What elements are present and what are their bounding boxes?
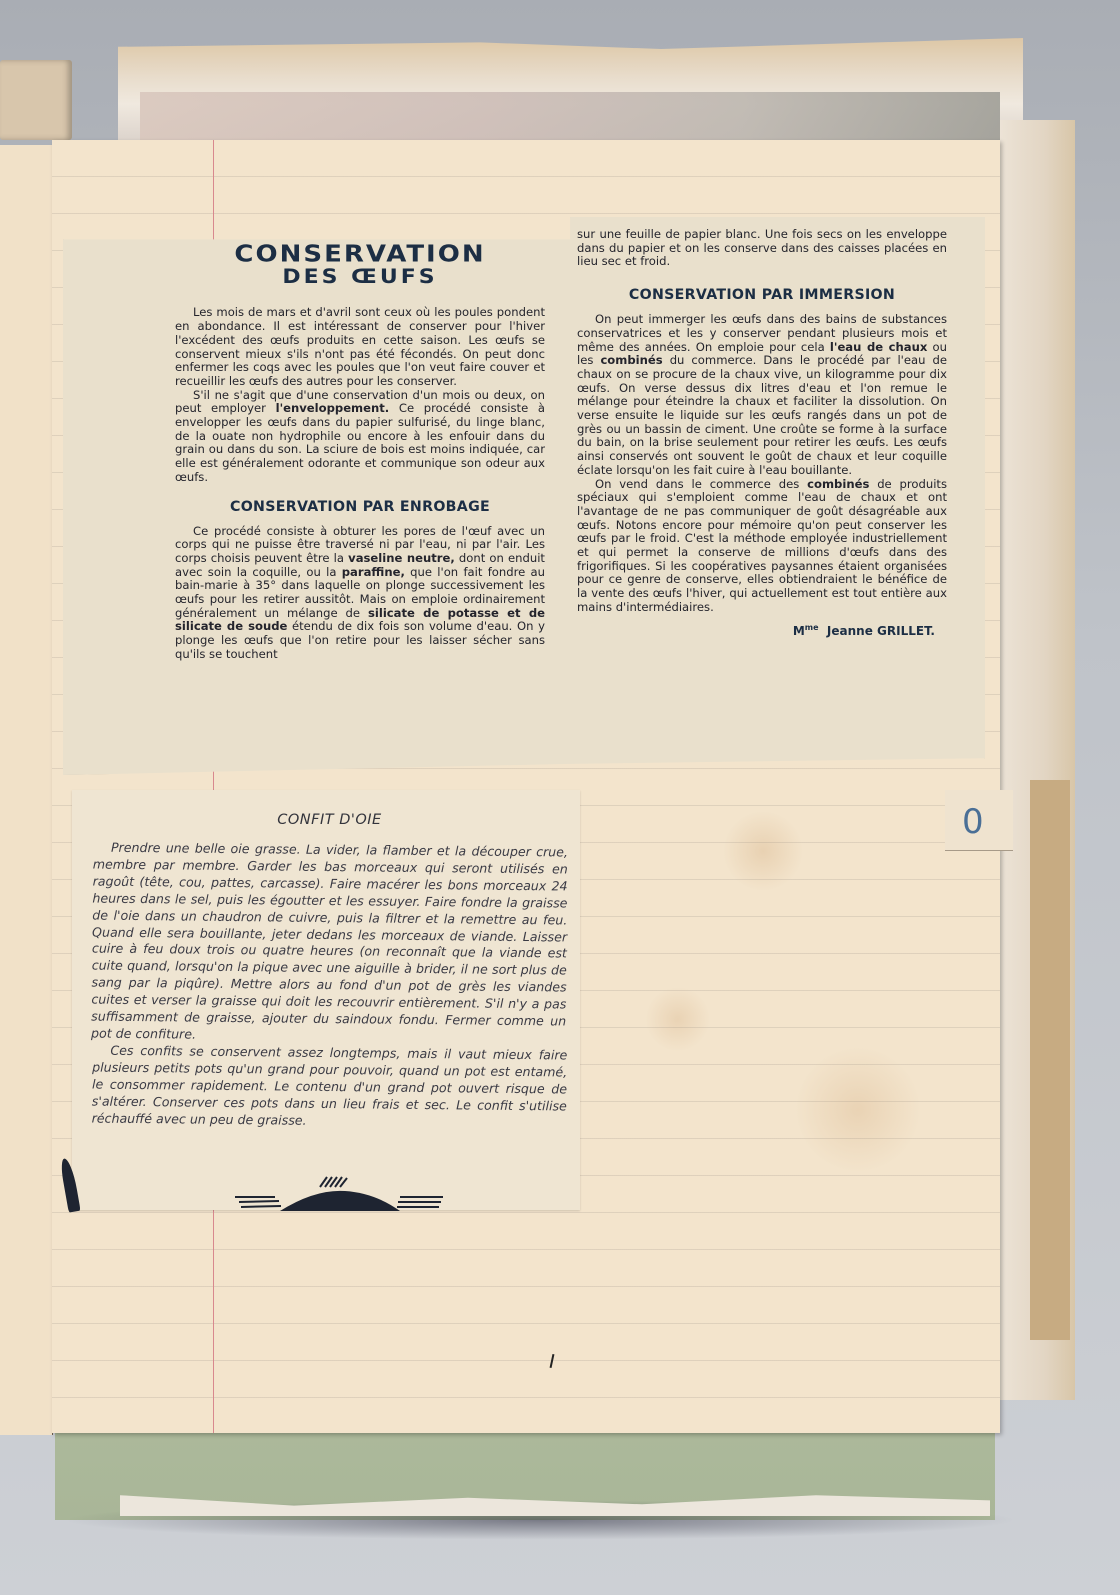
author-signature: Mme Jeanne GRILLET. [577, 623, 947, 638]
confit-article: CONFIT D'OIE Prendre une belle oie grass… [92, 810, 567, 1129]
confit-paragraph-1: Prendre une belle oie grasse. La vider, … [91, 840, 568, 1048]
enrobage-paragraph: Ce procédé consiste à obturer les pores … [175, 525, 545, 662]
page-number: 0 [962, 802, 984, 842]
immersion-paragraph-1: On peut immerger les œufs dans des bains… [577, 313, 947, 477]
confit-title: CONFIT D'OIE [92, 812, 567, 828]
section-title-immersion: CONSERVATION PAR IMMERSION [577, 287, 947, 303]
facing-page [0, 145, 53, 1435]
immersion-paragraph-2: On vend dans le commerce des combinés de… [577, 478, 947, 615]
intro-paragraph-2: S'il ne s'agit que d'une conservation d'… [175, 389, 545, 485]
section-title-enrobage: CONSERVATION PAR ENROBAGE [175, 499, 545, 515]
article-title: CONSERVATION DES ŒUFS [175, 243, 545, 288]
page-stack-edge-brown [1030, 780, 1070, 1340]
photo-clipping-strip [140, 92, 1000, 140]
egg-article-right-column: sur une feuille de papier blanc. Une foi… [577, 228, 947, 638]
intro-paragraph-1: Les mois de mars et d'avril sont ceux où… [175, 306, 545, 388]
adjacent-page-stub [0, 60, 72, 140]
continuation-paragraph: sur une feuille de papier blanc. Une foi… [577, 228, 947, 269]
egg-article-left-column: CONSERVATION DES ŒUFS Les mois de mars e… [175, 240, 545, 662]
decorative-illustration-icon [235, 1175, 445, 1211]
confit-paragraph-2: Ces confits se conservent assez longtemp… [92, 1042, 568, 1132]
